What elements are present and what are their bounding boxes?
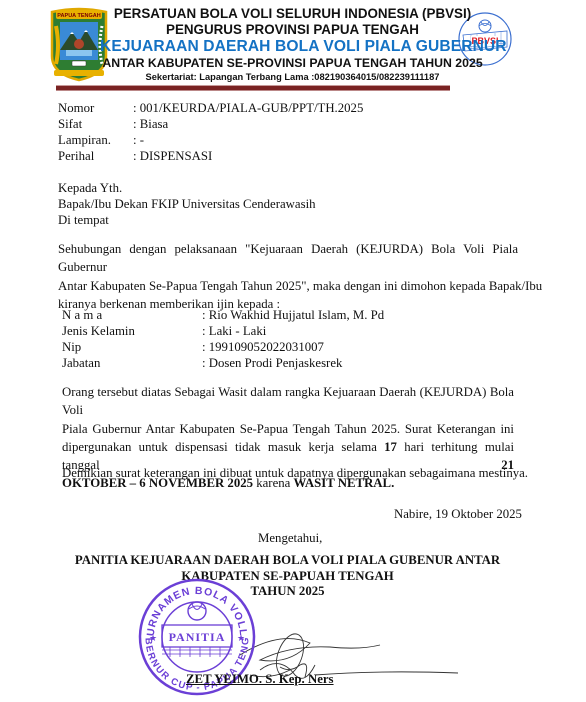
svg-text:★: ★ [149,633,157,643]
meta-value-lampiran: : - [133,132,144,148]
person-label-name: N a m a [62,307,102,323]
signer-name: ZET YEIMO. S. Kep. Ners [186,672,334,687]
statement-line-1: Orang tersebut diatas Sebagai Wasit dala… [62,383,514,420]
person-label-position: Jabatan [62,355,100,371]
person-label-gender: Jenis Kelamin [62,323,135,339]
committee-line-1: PANITIA KEJUARAAN DAERAH BOLA VOLI PIALA… [60,553,515,569]
statement-line-2: Piala Gubernur Antar Kabupaten Se-Papua … [62,420,514,438]
svg-text:PAPUA TENGAH: PAPUA TENGAH [57,13,100,19]
meta-value-sifat: : Biasa [133,116,168,132]
committee-line-2: KABUPATEN SE-PAPUAH TENGAH [60,569,515,585]
meta-label-perihal: Perihal [58,148,94,164]
acknowledged-label: Mengetahui, [258,530,322,546]
recipient-name: Bapak/Ibu Dekan FKIP Universitas Cendera… [58,196,316,212]
committee-line-3: TAHUN 2025 [60,584,515,600]
meta-label-sifat: Sifat [58,116,82,132]
meta-value-nomor: : 001/KEURDA/PIALA-GUB/PPT/TH.2025 [133,100,363,116]
committee-title: PANITIA KEJUARAAN DAERAH BOLA VOLI PIALA… [60,553,515,600]
place-date: Nabire, 19 Oktober 2025 [394,506,522,522]
intro-line-2: Antar Kabupaten Se-Papua Tengah Tahun 20… [58,277,518,295]
intro-line-1: Sehubungan dengan pelaksanaan "Kejuaraan… [58,240,518,277]
person-value-position: : Dosen Prodi Penjaskesrek [202,355,342,371]
svg-text:★: ★ [237,633,245,643]
recipient-salutation: Kepada Yth. [58,180,122,196]
meta-label-nomor: Nomor [58,100,94,116]
letterhead-board-name: PENGURUS PROVINSI PAPUA TENGAH [100,22,485,37]
intro-paragraph: Sehubungan dengan pelaksanaan "Kejuaraan… [58,240,518,313]
letterhead-divider [56,85,450,90]
closing-sentence: Demikian surat keterangan ini dibuat unt… [62,465,528,481]
person-value-nip: : 199109052022031007 [202,339,324,355]
person-value-name: : Rio Wakhid Hujjatul Islam, M. Pd [202,307,384,323]
letterhead-secretariat: Sekertariat: Lapangan Terbang Lama :0821… [100,72,485,82]
svg-text:PANITIA: PANITIA [169,630,226,644]
meta-value-perihal: : DISPENSASI [133,148,212,164]
letterhead-org-name: PERSATUAN BOLA VOLI SELURUH INDONESIA (P… [100,6,485,21]
person-label-nip: Nip [62,339,81,355]
statement-text: dipergunakan untuk dispensasi tidak masu… [62,440,384,454]
meta-label-lampiran: Lampiran. [58,132,111,148]
person-value-gender: : Laki - Laki [202,323,266,339]
dispensation-days: 17 [384,440,397,454]
recipient-location: Di tempat [58,212,109,228]
letterhead-event-title: KEJUARAAN DAERAH BOLA VOLI PIALA GUBERNU… [100,38,485,56]
letterhead-event-subtitle: ANTAR KABUPATEN SE-PROVINSI PAPUA TENGAH… [100,56,485,70]
